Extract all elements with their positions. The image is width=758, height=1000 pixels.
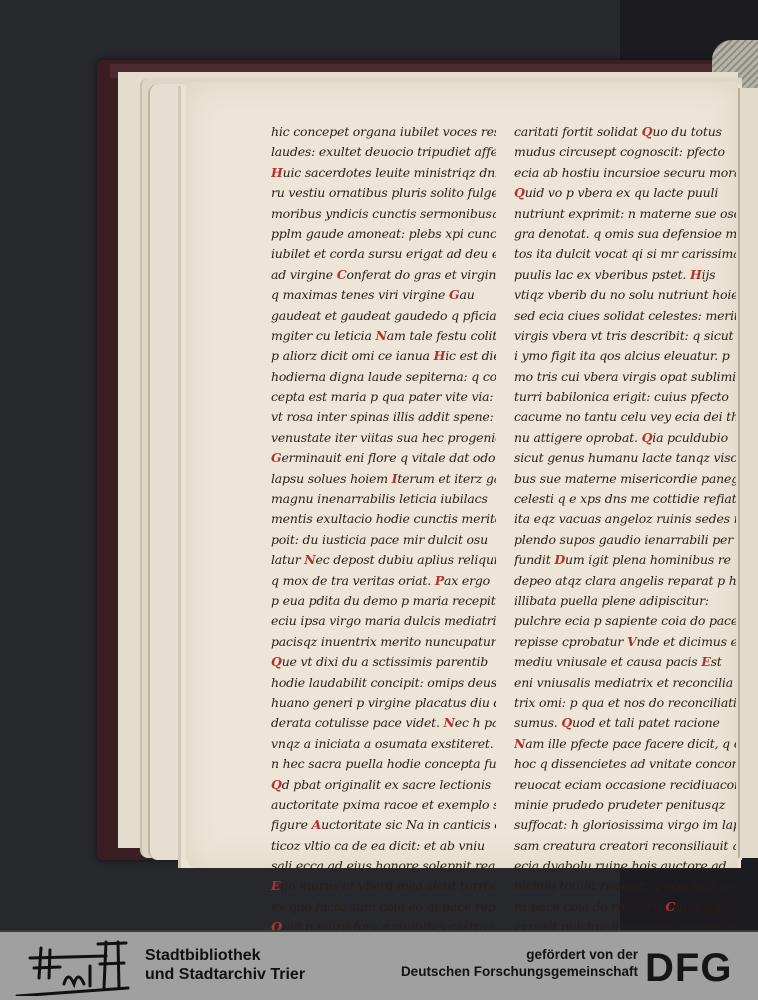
line-text: hodierna digna laude sepiterna: q con bbox=[271, 369, 496, 384]
manuscript-line: lapsu solues hoiem Iterum et iterz gaudi… bbox=[271, 469, 496, 489]
manuscript-line: Quid vo p vbera ex qu lacte puuli bbox=[514, 183, 736, 203]
line-text: uid p muru fors q ciuitates castraqz bbox=[282, 919, 496, 930]
line-text: p aliorz dicit omi ce ianua bbox=[271, 348, 430, 363]
manuscript-line: suffocat: h gloriosissima virgo im lap bbox=[514, 815, 736, 835]
line-text: d pbat originalit ex sacre lectionis bbox=[282, 777, 491, 792]
line-text: trix omi: p qua et nos do reconciliati bbox=[514, 695, 736, 710]
rubric-initial: E bbox=[701, 654, 710, 669]
library-name-line1: Stadtbibliothek bbox=[145, 946, 305, 965]
manuscript-line: hodie laudabilit concipit: omips deus bbox=[271, 673, 496, 693]
manuscript-line: bus sue materne misericordie panegi bbox=[514, 469, 736, 489]
line-text: nu attigere oprobat. bbox=[514, 430, 638, 445]
line-text: gaudeat et gaudeat gaudedo q pficiat: bbox=[271, 308, 496, 323]
manuscript-line: sicut genus humanu lacte tanqz visceri bbox=[514, 448, 736, 468]
rubric-initial: H bbox=[434, 348, 446, 363]
line-text: lapsu solues hoiem bbox=[271, 471, 388, 486]
manuscript-line: trix omi: p qua et nos do reconciliati bbox=[514, 693, 736, 713]
manuscript-line: mo tris cui vbera virgis opat sublimi bbox=[514, 367, 736, 387]
line-text: magnu inenarrabilis leticia iubilacs bbox=[271, 491, 488, 506]
line-text: ad virgine bbox=[271, 267, 333, 282]
line-text: am tale festu colitur bbox=[387, 328, 496, 343]
rubric-initial: G bbox=[271, 450, 281, 465]
line-text: q maximas tenes viri virgine bbox=[271, 287, 445, 302]
manuscript-line: mediu vniusale et causa pacis Est bbox=[514, 652, 736, 672]
line-text: virgis vbera vt tris describit: q sicut bbox=[514, 328, 733, 343]
line-text: eni vniusalis mediatrix et reconcilia bbox=[514, 675, 733, 690]
manuscript-line: gra denotat. q omis sua defensioe muni bbox=[514, 224, 736, 244]
text-column-left: hic concepet organa iubilet voces resone… bbox=[271, 122, 496, 930]
manuscript-line: gaudeat et gaudeat gaudedo q pficiat: bbox=[271, 306, 496, 326]
line-text: celesti q e xps dns me cottidie refiat: bbox=[514, 491, 736, 506]
line-text: erminauit eni flore q vitale dat odore bbox=[281, 450, 496, 465]
manuscript-line: repisse cprobatur Vnde et dicimus ea bbox=[514, 632, 736, 652]
line-text: q mox de tra veritas oriat. bbox=[271, 573, 431, 588]
line-text: nutriunt exprimit: n materne sue osola bbox=[514, 206, 736, 221]
manuscript-line: eciu ipsa virgo maria dulcis mediatrix bbox=[271, 611, 496, 631]
line-text: ijs bbox=[702, 267, 716, 282]
manuscript-line: hoc q dissencietes ad vnitate concord bbox=[514, 754, 736, 774]
funding-line1: gefördert von der bbox=[401, 946, 638, 963]
rubric-initial: C bbox=[337, 267, 347, 282]
rubric-initial: A bbox=[312, 817, 322, 832]
facing-page-gutter bbox=[738, 88, 758, 858]
manuscript-line: derata cotulisse pace videt. Nec h pax bbox=[271, 713, 496, 733]
library-name-line2: und Stadtarchiv Trier bbox=[145, 965, 305, 984]
manuscript-line: virgis vbera vt tris describit: q sicut bbox=[514, 326, 736, 346]
rubric-initial: Q bbox=[561, 715, 572, 730]
line-text: reuocat eciam occasione recidiuacois in bbox=[514, 777, 736, 792]
manuscript-line: Nam ille pfecte pace facere dicit, q cu bbox=[514, 734, 736, 754]
rubric-initial: E bbox=[271, 878, 280, 893]
manuscript-line: ru vestiu ornatibus pluris solito fulgea… bbox=[271, 183, 496, 203]
manuscript-line: magnu inenarrabilis leticia iubilacs bbox=[271, 489, 496, 509]
manuscript-line: sali ecca ad eius honore solepnit reanta… bbox=[271, 856, 496, 876]
rubric-initial: D bbox=[554, 552, 565, 567]
line-text: plendo supos gaudio ienarrabili per bbox=[514, 532, 733, 547]
line-text: ic est dies bbox=[445, 348, 496, 363]
manuscript-line: nu attigere oprobat. Qia pculdubio bbox=[514, 428, 736, 448]
line-text: uid vo p vbera ex qu lacte puuli bbox=[525, 185, 718, 200]
footer-bar: Stadtbibliothek und Stadtarchiv Trier ge… bbox=[0, 930, 758, 1000]
manuscript-line: Qd pbat originalit ex sacre lectionis bbox=[271, 775, 496, 795]
manuscript-line: ita eqz vacuas angeloz ruinis sedes re bbox=[514, 509, 736, 529]
line-text: ia pculdubio bbox=[652, 430, 728, 445]
manuscript-line: sam creatura creatori reconsiliauit q bbox=[514, 836, 736, 856]
rubric-initial: N bbox=[444, 715, 455, 730]
manuscript-line: pulchre ecia p sapiente coia do pace bbox=[514, 611, 736, 631]
line-text: uctoritate sic Na in canticis ca bbox=[321, 817, 496, 832]
manuscript-line: illibata puella plene adipiscitur: bbox=[514, 591, 736, 611]
manuscript-line: poit: du iusticia pace mir dulcit osu bbox=[271, 530, 496, 550]
line-text: au bbox=[459, 287, 474, 302]
line-text: ec depost dubiu aplius reliquit. bbox=[316, 552, 496, 567]
line-text: venustate iter viitas sua hec progenie. bbox=[271, 430, 496, 445]
line-text: sali ecca ad eius honore solepnit reanta… bbox=[271, 858, 496, 873]
line-text: puulis lac ex vberibus pstet. bbox=[514, 267, 686, 282]
line-text: fundit bbox=[514, 552, 551, 567]
line-text: terum et iterz gaudiu bbox=[397, 471, 496, 486]
rubric-initial: N bbox=[514, 736, 525, 751]
line-text: uius figuraz bbox=[675, 899, 736, 914]
line-text: ecia ab hostiu incursioe securu morat. bbox=[514, 165, 736, 180]
line-text: hodie laudabilit concipit: omips deus bbox=[271, 675, 496, 690]
manuscript-line: pacisqz inuentrix merito nuncupatur. bbox=[271, 632, 496, 652]
rubric-initial: Q bbox=[271, 919, 282, 930]
line-text: huano generi p virgine placatus diu desi bbox=[271, 695, 496, 710]
rubric-initial: N bbox=[376, 328, 387, 343]
line-text: ex quo facta sum coia eo qi pace repies bbox=[271, 899, 496, 914]
line-text: nde et dicimus ea bbox=[636, 634, 736, 649]
line-text: suffocat: h gloriosissima virgo im lap bbox=[514, 817, 736, 832]
rubric-initial: C bbox=[665, 899, 675, 914]
manuscript-line: pplm gaude amoneat: plebs xpi cuncta bbox=[271, 224, 496, 244]
manuscript-line: depeo atqz clara angelis reparat p hac bbox=[514, 571, 736, 591]
line-text: sicut genus humanu lacte tanqz visceri bbox=[514, 450, 736, 465]
manuscript-line: Quid p muru fors q ciuitates castraqz bbox=[271, 917, 496, 930]
manuscript-line: venustate iter viitas sua hec progenie. bbox=[271, 428, 496, 448]
line-text: st bbox=[711, 654, 722, 669]
line-text: caritati fortit solidat bbox=[514, 124, 638, 139]
text-column-right: caritati fortit solidat Quo du totusmudu… bbox=[514, 122, 736, 930]
line-text: laudes: exultet deuocio tripudiet affect… bbox=[271, 144, 496, 159]
manuscript-line: q maximas tenes viri virgine Gau bbox=[271, 285, 496, 305]
line-text: go murus et vbera mea sicut turris: bbox=[280, 878, 496, 893]
manuscript-line: i ymo figit ita qos alcius eleuatur. p bbox=[514, 346, 736, 366]
line-text: ecia dyabolu ruine hois auctore ad bbox=[514, 858, 726, 873]
line-text: eciu ipsa virgo maria dulcis mediatrix bbox=[271, 613, 496, 628]
line-text: turri babilonica erigit: cuius pfecto bbox=[514, 389, 729, 404]
rubric-initial: Q bbox=[271, 654, 282, 669]
line-text: ax ergo bbox=[444, 573, 490, 588]
manuscript-line: laudes: exultet deuocio tripudiet affect… bbox=[271, 142, 496, 162]
line-text: pacisqz inuentrix merito nuncupatur. bbox=[271, 634, 496, 649]
rubric-initial: H bbox=[690, 267, 702, 282]
manuscript-line: figure Auctoritate sic Na in canticis ca bbox=[271, 815, 496, 835]
line-text: repisse cprobatur bbox=[514, 634, 623, 649]
line-text: mgiter cu leticia bbox=[271, 328, 372, 343]
manuscript-line: eni vniusalis mediatrix et reconcilia bbox=[514, 673, 736, 693]
line-text: ita eqz vacuas angeloz ruinis sedes re bbox=[514, 511, 736, 526]
line-text: hic concepet organa iubilet voces resone… bbox=[271, 124, 496, 139]
manuscript-line: mgiter cu leticia Nam tale festu colitur bbox=[271, 326, 496, 346]
manuscript-line: p eua pdita du demo p maria recepit: bbox=[271, 591, 496, 611]
line-text: sam creatura creatori reconsiliauit q bbox=[514, 838, 736, 853]
line-text: cepta est maria p qua pater vite via: q bbox=[271, 389, 496, 404]
manuscript-line: ticoz vltio ca de ea dicit: et ab vniu bbox=[271, 836, 496, 856]
line-text: bus sue materne misericordie panegi bbox=[514, 471, 736, 486]
manuscript-line: Huic sacerdotes leuite ministriqz dni sa… bbox=[271, 163, 496, 183]
line-text: ec h pax bbox=[455, 715, 496, 730]
rubric-initial: Q bbox=[514, 185, 525, 200]
line-text: mo tris cui vbera virgis opat sublimi bbox=[514, 369, 736, 384]
line-text: pplm gaude amoneat: plebs xpi cuncta bbox=[271, 226, 496, 241]
manuscript-line: p aliorz dicit omi ce ianua Hic est dies bbox=[271, 346, 496, 366]
line-text: i ymo figit ita qos alcius eleuatur. p bbox=[514, 348, 730, 363]
line-text: vnqz a iniciata a osumata exstiteret. bbox=[271, 736, 494, 751]
manuscript-line: cepta est maria p qua pater vite via: q bbox=[271, 387, 496, 407]
manuscript-line: mentis exultacio hodie cunctis merito p bbox=[271, 509, 496, 529]
line-text: poit: du iusticia pace mir dulcit osu bbox=[271, 532, 488, 547]
rubric-initial: Q bbox=[642, 430, 653, 445]
rubric-initial: N bbox=[304, 552, 315, 567]
line-text: nichilu totalit redegit: g ecia nob ve bbox=[514, 878, 733, 893]
line-text: tos ita dulcit vocat qi si mr carissima bbox=[514, 246, 736, 261]
line-text: ticoz vltio ca de ea dicit: et ab vniu bbox=[271, 838, 485, 853]
manuscript-line: ra pace coia do repperit Cuius figuraz bbox=[514, 897, 736, 917]
line-text: p eua pdita du demo p maria recepit: bbox=[271, 593, 496, 608]
manuscript-line: auctoritate pxima racoe et exemplo silis bbox=[271, 795, 496, 815]
line-text: mediu vniusale et causa pacis bbox=[514, 654, 697, 669]
manuscript-line: caritati fortit solidat Quo du totus bbox=[514, 122, 736, 142]
line-text: illibata puella plene adipiscitur: bbox=[514, 593, 709, 608]
line-text: sumus. bbox=[514, 715, 558, 730]
line-text: hoc q dissencietes ad vnitate concord bbox=[514, 756, 736, 771]
line-text: pulchre ecia p sapiente coia do pace bbox=[514, 613, 736, 628]
stadtbibliothek-logo-icon bbox=[14, 938, 132, 996]
line-text: um igit plena hominibus re bbox=[565, 552, 731, 567]
manuscript-line: ecia ab hostiu incursioe securu morat. bbox=[514, 163, 736, 183]
line-text: onferat do gras et virgini bbox=[346, 267, 496, 282]
manuscript-line: vnqz a iniciata a osumata exstiteret. bbox=[271, 734, 496, 754]
line-text: mudus circusept cognoscit: pfecto bbox=[514, 144, 725, 159]
manuscript-line: vt rosa inter spinas illis addit spene: … bbox=[271, 407, 496, 427]
manuscript-line: expssit pulchre illa mulier sapientissa bbox=[514, 917, 736, 930]
line-text: vtiqz vberib du no solu nutriunt hoies bbox=[514, 287, 736, 302]
manuscript-line: sumus. Quod et tali patet racione bbox=[514, 713, 736, 733]
manuscript-line: Ego murus et vbera mea sicut turris: bbox=[271, 876, 496, 896]
line-text: latur bbox=[271, 552, 301, 567]
line-text: am ille pfecte pace facere dicit, q cu bbox=[525, 736, 736, 751]
manuscript-line: Que vt dixi du a sctissimis parentib bbox=[271, 652, 496, 672]
rubric-initial: Q bbox=[271, 777, 282, 792]
manuscript-line: latur Nec depost dubiu aplius reliquit. bbox=[271, 550, 496, 570]
manuscript-line: Germinauit eni flore q vitale dat odore bbox=[271, 448, 496, 468]
manuscript-line: sed ecia ciues solidat celestes: merito bbox=[514, 306, 736, 326]
manuscript-line: turri babilonica erigit: cuius pfecto bbox=[514, 387, 736, 407]
manuscript-scan: hic concepet organa iubilet voces resone… bbox=[0, 0, 758, 930]
manuscript-line: plendo supos gaudio ienarrabili per bbox=[514, 530, 736, 550]
manuscript-line: puulis lac ex vberibus pstet. Hijs bbox=[514, 265, 736, 285]
line-text: sed ecia ciues solidat celestes: merito bbox=[514, 308, 736, 323]
line-text: uod et tali patet racione bbox=[572, 715, 720, 730]
library-name: Stadtbibliothek und Stadtarchiv Trier bbox=[145, 946, 305, 984]
line-text: moribus yndicis cunctis sermonibusqz bbox=[271, 206, 496, 221]
funding-credit: gefördert von der Deutschen Forschungsge… bbox=[401, 946, 638, 980]
manuscript-line: ad virgine Conferat do gras et virgini bbox=[271, 265, 496, 285]
line-text: depeo atqz clara angelis reparat p hac bbox=[514, 573, 736, 588]
manuscript-line: tos ita dulcit vocat qi si mr carissima bbox=[514, 244, 736, 264]
line-text: ra pace coia do repperit bbox=[514, 899, 662, 914]
dfg-logo: DFG bbox=[645, 948, 732, 988]
manuscript-line: n hec sacra puella hodie concepta fuisse… bbox=[271, 754, 496, 774]
manuscript-line: nichilu totalit redegit: g ecia nob ve bbox=[514, 876, 736, 896]
line-text: n hec sacra puella hodie concepta fuisse… bbox=[271, 756, 496, 771]
line-text: cacume no tantu celu vey ecia dei thro bbox=[514, 409, 736, 424]
rubric-initial: H bbox=[271, 165, 283, 180]
rubric-initial: Q bbox=[642, 124, 653, 139]
manuscript-line: hodierna digna laude sepiterna: q con bbox=[271, 367, 496, 387]
manuscript-line: moribus yndicis cunctis sermonibusqz bbox=[271, 204, 496, 224]
line-text: minie prudedo prudeter penitusqz bbox=[514, 797, 725, 812]
manuscript-line: ecia dyabolu ruine hois auctore ad bbox=[514, 856, 736, 876]
line-text: ue vt dixi du a sctissimis parentib bbox=[282, 654, 488, 669]
manuscript-line: reuocat eciam occasione recidiuacois in bbox=[514, 775, 736, 795]
manuscript-line: iubilet et corda sursu erigat ad deu et bbox=[271, 244, 496, 264]
rubric-initial: P bbox=[435, 573, 444, 588]
manuscript-line: ex quo facta sum coia eo qi pace repies bbox=[271, 897, 496, 917]
line-text: iubilet et corda sursu erigat ad deu et bbox=[271, 246, 496, 261]
funding-line2: Deutschen Forschungsgemeinschaft bbox=[401, 963, 638, 980]
manuscript-line: fundit Dum igit plena hominibus re bbox=[514, 550, 736, 570]
manuscript-line: cacume no tantu celu vey ecia dei thro bbox=[514, 407, 736, 427]
manuscript-line: celesti q e xps dns me cottidie refiat: bbox=[514, 489, 736, 509]
rubric-initial: G bbox=[449, 287, 459, 302]
line-text: uo du totus bbox=[652, 124, 721, 139]
manuscript-line: minie prudedo prudeter penitusqz bbox=[514, 795, 736, 815]
line-text: mentis exultacio hodie cunctis merito p bbox=[271, 511, 496, 526]
line-text: derata cotulisse pace videt. bbox=[271, 715, 440, 730]
line-text: expssit pulchre illa mulier sapientissa bbox=[514, 919, 736, 930]
manuscript-line: huano generi p virgine placatus diu desi bbox=[271, 693, 496, 713]
line-text: uic sacerdotes leuite ministriqz dni sac bbox=[283, 165, 496, 180]
line-text: ru vestiu ornatibus pluris solito fulgea… bbox=[271, 185, 496, 200]
line-text: figure bbox=[271, 817, 308, 832]
manuscript-line: q mox de tra veritas oriat. Pax ergo bbox=[271, 571, 496, 591]
manuscript-line: hic concepet organa iubilet voces resone… bbox=[271, 122, 496, 142]
manuscript-line: vtiqz vberib du no solu nutriunt hoies bbox=[514, 285, 736, 305]
line-text: gra denotat. q omis sua defensioe muni bbox=[514, 226, 736, 241]
manuscript-line: mudus circusept cognoscit: pfecto bbox=[514, 142, 736, 162]
line-text: auctoritate pxima racoe et exemplo silis bbox=[271, 797, 496, 812]
line-text: vt rosa inter spinas illis addit spene: … bbox=[271, 409, 496, 424]
manuscript-line: nutriunt exprimit: n materne sue osola bbox=[514, 204, 736, 224]
